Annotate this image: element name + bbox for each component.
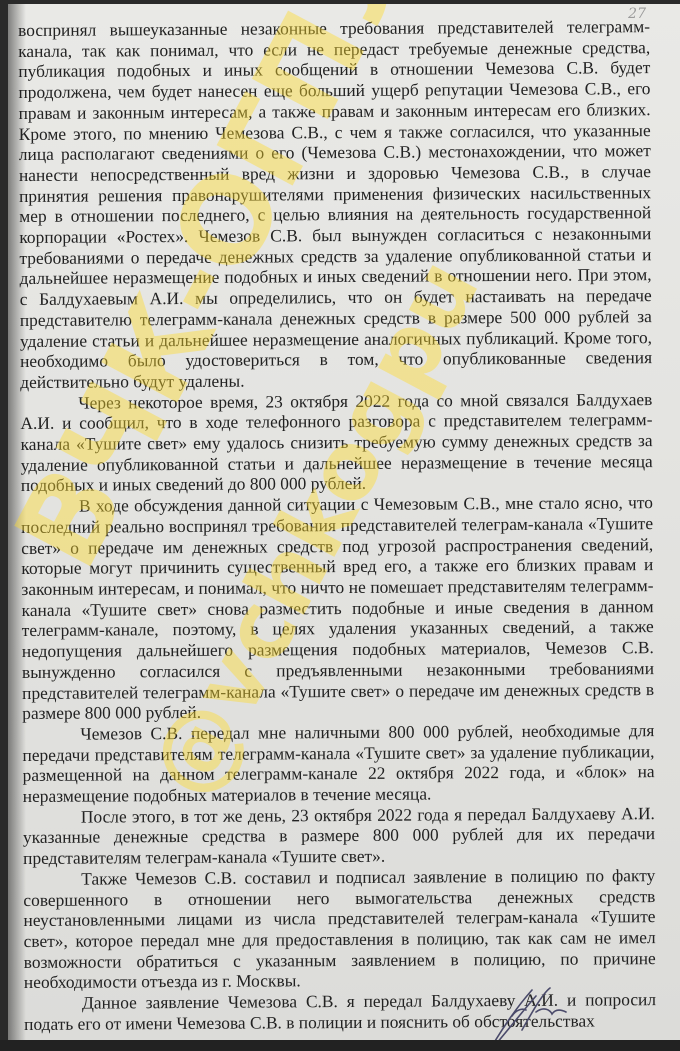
paragraph-3: В ходе обсуждения данной ситуации с Чеме… [21, 492, 654, 724]
paragraph-2: Через некоторое время, 23 октября 2022 г… [20, 389, 653, 496]
document-page: 27 воспринял вышеуказанные незаконные тр… [8, 4, 680, 1040]
paragraph-6: Также Чемезов С.В. составил и подписал з… [23, 865, 656, 993]
paragraph-5: После этого, в тот же день, 23 октября 2… [23, 803, 655, 869]
paragraph-4: Чемезов С.В. передал мне наличными 800 0… [22, 720, 654, 807]
paragraph-1: воспринял вышеуказанные незаконные требо… [18, 16, 652, 393]
document-body: воспринял вышеуказанные незаконные требо… [18, 16, 656, 1034]
signature-icon [486, 986, 576, 1040]
background-edge [0, 1040, 680, 1051]
